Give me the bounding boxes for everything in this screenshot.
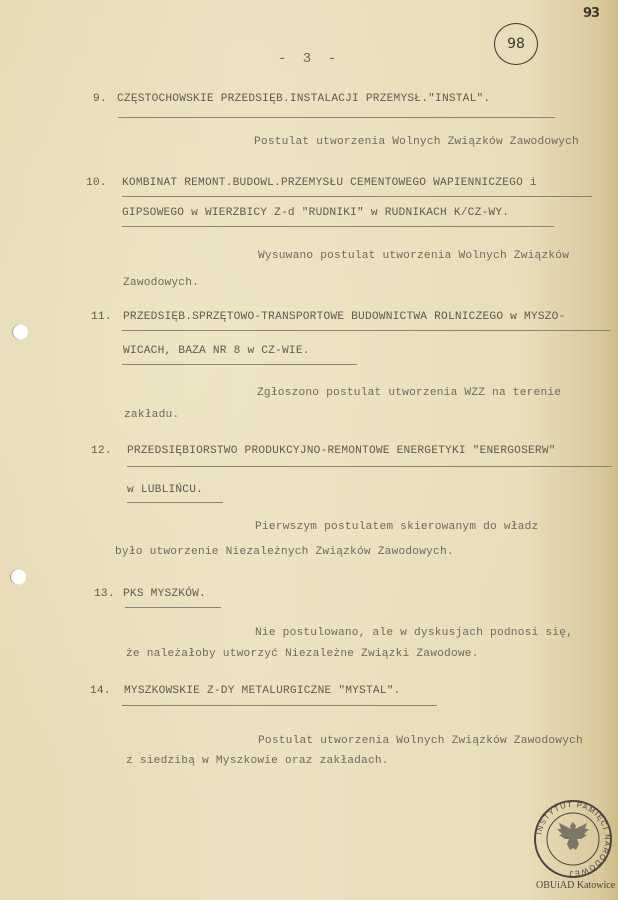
heading-underline <box>122 705 437 706</box>
item-heading: GIPSOWEGO w WIERZBICY Z-d "RUDNIKI" w RU… <box>122 207 509 219</box>
item-number: 11. <box>91 311 112 323</box>
item-body: zakładu. <box>124 409 179 421</box>
item-number: 14. <box>90 685 111 697</box>
item-body: było utworzenie Niezależnych Związków Za… <box>115 546 454 558</box>
heading-underline <box>127 466 612 467</box>
item-number: 9. <box>93 93 107 105</box>
item-heading: w LUBLIŃCU. <box>127 484 203 496</box>
item-heading: PKS MYSZKÓW. <box>123 588 206 600</box>
item-body: Zawodowych. <box>123 277 199 289</box>
item-body: Nie postulowano, ale w dyskusjach podnos… <box>255 627 573 639</box>
item-body: Postulat utworzenia Wolnych Związków Zaw… <box>258 735 583 747</box>
archive-number-corner: 93 <box>583 6 599 21</box>
heading-underline <box>122 330 610 331</box>
item-number: 13. <box>94 588 115 600</box>
item-body: z siedzibą w Myszkowie oraz zakładach. <box>126 755 389 767</box>
ipn-stamp-icon: INSTYTUT PAMIĘCI NARODOWEJ <box>532 798 614 880</box>
punch-hole <box>12 324 28 340</box>
item-heading: KOMBINAT REMONT.BUDOWL.PRZEMYSŁU CEMENTO… <box>122 177 537 189</box>
item-number: 10. <box>86 177 107 189</box>
punch-hole <box>10 569 26 585</box>
heading-underline <box>118 117 555 118</box>
heading-underline <box>122 364 357 365</box>
item-heading: WICACH, BAZA NR 8 w CZ-WIE. <box>123 345 310 357</box>
item-number: 12. <box>91 445 112 457</box>
item-heading: MYSZKOWSKIE Z-DY METALURGICZNE "MYSTAL". <box>124 685 401 697</box>
heading-underline <box>127 502 223 503</box>
heading-underline <box>125 607 221 608</box>
item-body: Zgłoszono postulat utworzenia WZZ na ter… <box>257 387 561 399</box>
heading-underline <box>122 226 554 227</box>
item-body: Wysuwano postulat utworzenia Wolnych Zwi… <box>258 250 569 262</box>
item-heading: PRZEDSIĘBIORSTWO PRODUKCYJNO-REMONTOWE E… <box>127 445 556 457</box>
item-heading: PRZEDSIĘB.SPRZĘTOWO-TRANSPORTOWE BUDOWNI… <box>123 311 565 323</box>
item-heading: CZĘSTOCHOWSKIE PRZEDSIĘB.INSTALACJI PRZE… <box>117 93 490 105</box>
item-body: Postulat utworzenia Wolnych Związków Zaw… <box>254 136 579 148</box>
heading-underline <box>122 196 592 197</box>
document-page: 93 98 - 3 - 9. CZĘSTOCHOWSKIE PRZEDSIĘB.… <box>0 0 618 900</box>
archive-number-circled-text: 98 <box>507 36 525 52</box>
item-body: Pierwszym postulatem skierowanym do wład… <box>255 521 538 533</box>
item-body: że należałoby utworzyć Niezależne Związk… <box>126 648 479 660</box>
page-number: - 3 - <box>0 51 618 67</box>
stamp-label: OBUiAD Katowice <box>536 880 615 891</box>
